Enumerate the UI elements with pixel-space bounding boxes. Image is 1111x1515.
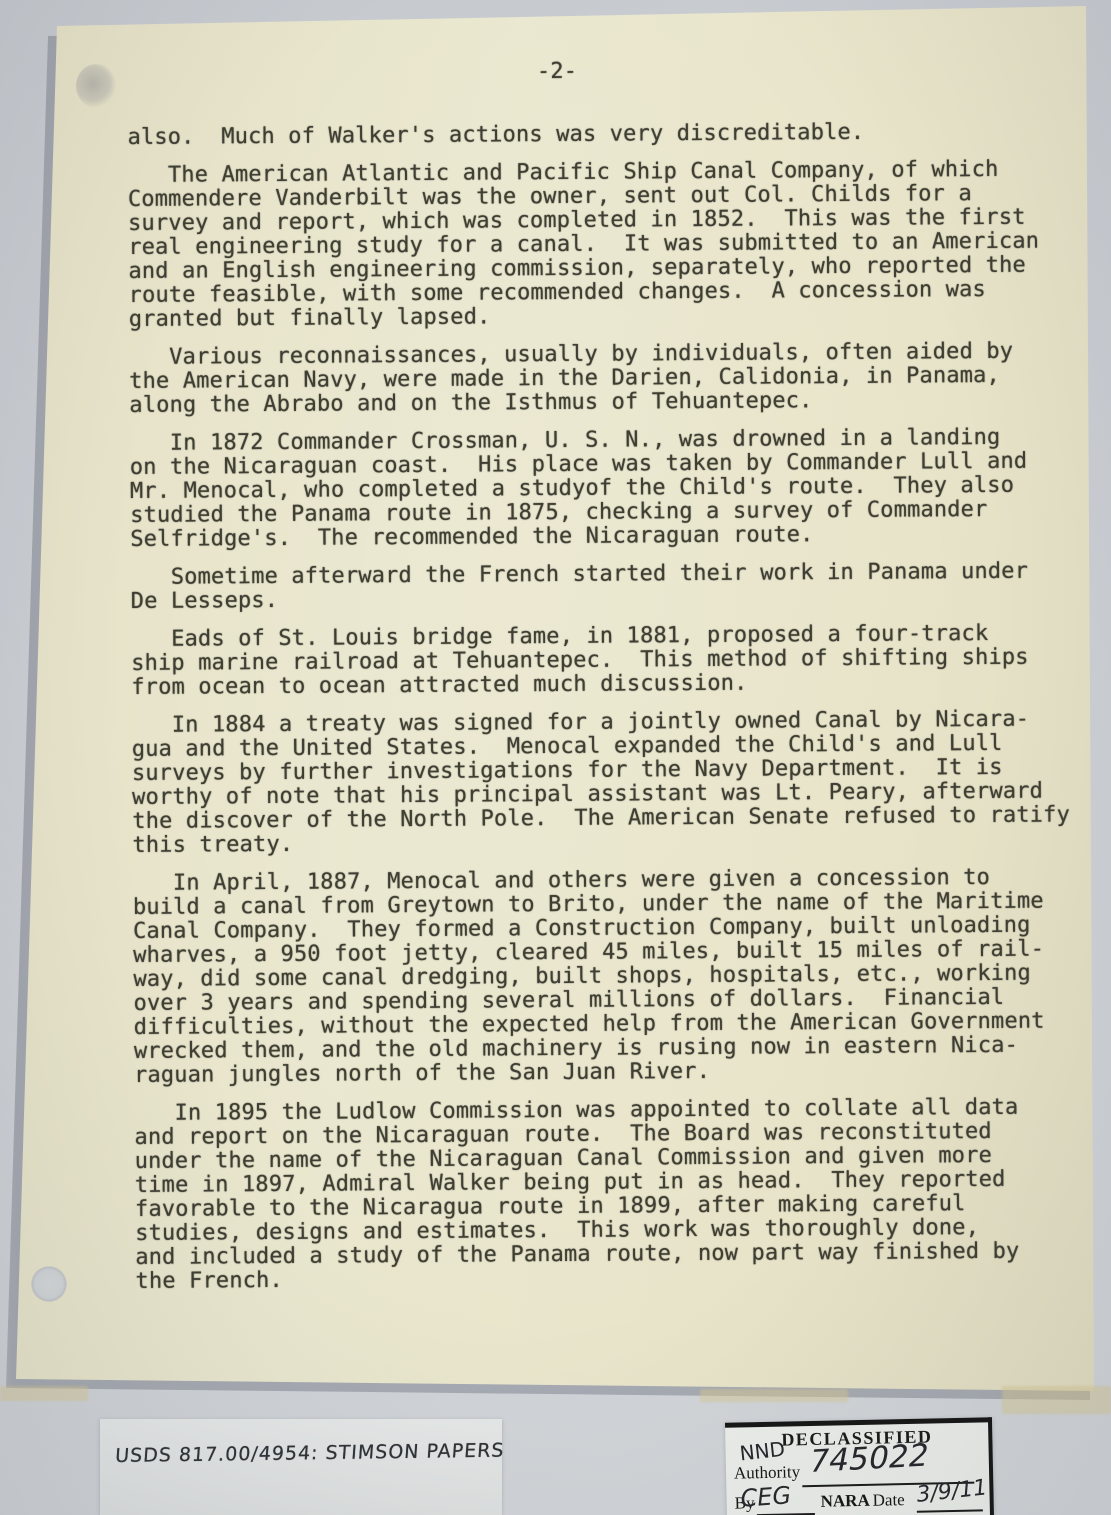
typed-paragraph: Sometime afterward the French started th… [131, 559, 1077, 614]
stamp-handwritten-authority-number: 745022 [806, 1437, 932, 1480]
tape-strip-right [1002, 1386, 1111, 1414]
punch-hole-bottom [31, 1266, 67, 1302]
photo-backdrop: -2- also. Much of Walker's actions was v… [0, 0, 1111, 1515]
tape-strip-middle [700, 1389, 848, 1402]
page-number: -2- [127, 57, 987, 87]
stamp-handwritten-initials: CEG [740, 1481, 792, 1513]
typed-paragraph: Various reconnaissances, usually by indi… [129, 339, 1075, 418]
typed-paragraph: The American Atlantic and Pacific Ship C… [128, 157, 1075, 332]
stamp-authority-label: Authority [734, 1462, 801, 1483]
declassified-stamp: DECLASSIFIED Authority NND 745022 By CEG… [725, 1417, 994, 1515]
document-page: -2- also. Much of Walker's actions was v… [0, 0, 1111, 1515]
archival-note-slip: USDS 817.00/4954: STIMSON PAPERS [100, 1419, 502, 1515]
handwritten-reference: USDS 817.00/4954: STIMSON PAPERS [114, 1440, 502, 1467]
stamp-nara-label: NARA [820, 1491, 870, 1512]
typed-paragraph: also. Much of Walker's actions was very … [127, 119, 1073, 150]
typed-text-block: -2- also. Much of Walker's actions was v… [127, 56, 1082, 1308]
typed-paragraph: In April, 1887, Menocal and others were … [133, 865, 1080, 1088]
tape-strip-left [0, 1386, 88, 1401]
punch-hole-top [76, 64, 116, 108]
typed-paragraph: In 1872 Commander Crossman, U. S. N., wa… [130, 425, 1077, 552]
stamp-handwritten-nnd: NND [738, 1437, 786, 1466]
typed-paragraph: In 1895 the Ludlow Commission was appoin… [134, 1095, 1081, 1294]
typed-paragraph: Eads of St. Louis bridge fame, in 1881, … [131, 621, 1077, 700]
typed-paragraph: In 1884 a treaty was signed for a jointl… [132, 707, 1079, 858]
stamp-date-label: Date [872, 1490, 905, 1511]
